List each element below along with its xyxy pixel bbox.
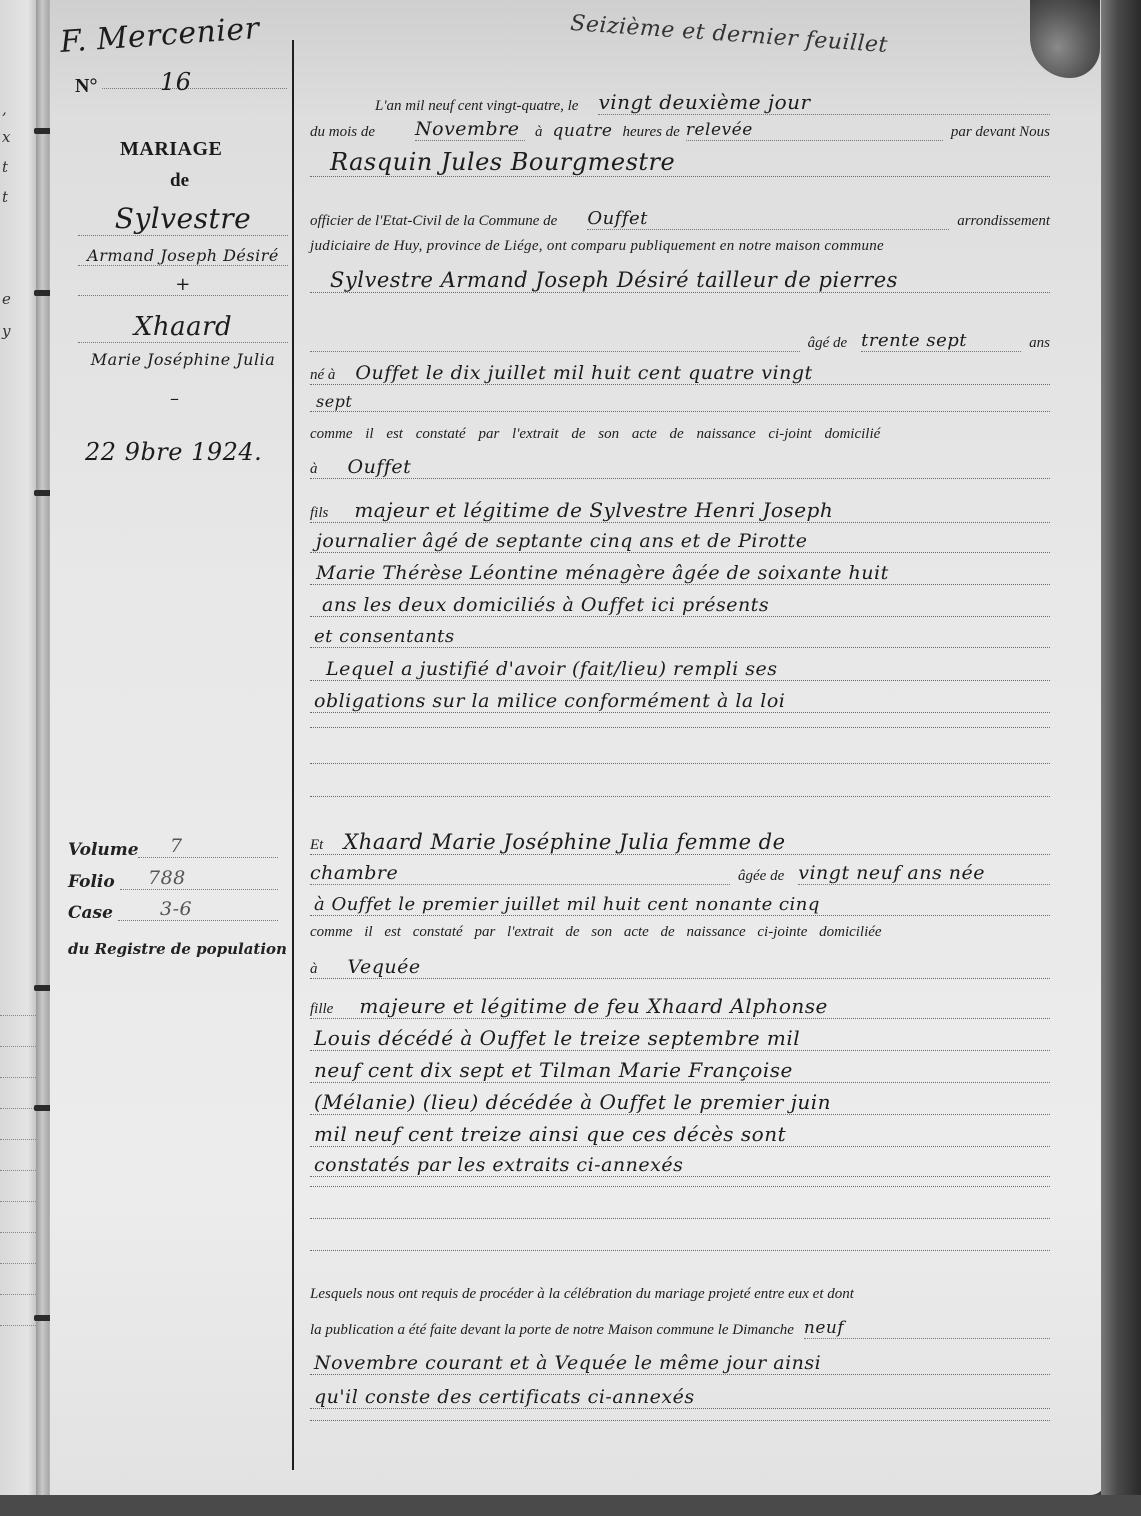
page-bottom-shadow bbox=[0, 1495, 1141, 1516]
publication-day-hw: neuf bbox=[804, 1318, 1050, 1339]
closing-print-2: la publication a été faite devant la por… bbox=[310, 1322, 794, 1339]
bride-age-hw: vingt neuf ans née bbox=[798, 862, 1050, 885]
bride-parents-hw: majeure et légitime de feu Xhaard Alphon… bbox=[359, 994, 828, 1018]
fils-line-1: fils majeur et légitime de Sylvestre Hen… bbox=[310, 498, 1050, 523]
bride-birth-hw: à Ouffet le premier juillet mil huit cen… bbox=[314, 894, 820, 915]
act-line-5: judiciaire de Huy, province de Liége, on… bbox=[310, 238, 1050, 255]
prev-page-fragment: t bbox=[2, 158, 8, 176]
bride-parents-hw: mil neuf cent treize ainsi que ces décès… bbox=[314, 1122, 786, 1146]
case-label: Case bbox=[68, 903, 113, 923]
volume-line bbox=[138, 857, 278, 858]
act-line-3: Rasquin Jules Bourgmestre bbox=[310, 148, 1050, 177]
bride-age-line: chambre âgée de vingt neuf ans née bbox=[310, 862, 1050, 885]
bride-line-1: Et Xhaard Marie Joséphine Julia femme de bbox=[310, 830, 1050, 855]
commune-label: officier de l'Etat-Civil de la Commune d… bbox=[310, 213, 557, 230]
bride-constat-print: comme il est constaté par l'extrait de s… bbox=[310, 924, 882, 941]
blank-line bbox=[310, 1250, 1050, 1251]
act-month-hw: Novembre bbox=[415, 118, 525, 141]
closing-line-2: la publication a été faite devant la por… bbox=[310, 1318, 1050, 1339]
closing-print-1: Lesquels nous ont requis de procéder à l… bbox=[310, 1286, 854, 1303]
fils-line-4: ans les deux domiciliés à Ouffet ici pré… bbox=[310, 594, 1050, 617]
groom-constat-print: comme il est constaté par l'extrait de s… bbox=[310, 426, 880, 443]
margin-title: MARIAGE bbox=[120, 138, 222, 161]
groom-surname: Sylvestre bbox=[78, 202, 288, 236]
parents-hw: Marie Thérèse Léontine ménagère âgée de … bbox=[316, 562, 889, 584]
years-label: ans bbox=[1029, 335, 1050, 352]
publication-hw: Novembre courant et à Vequée le même jou… bbox=[314, 1352, 821, 1374]
page-stack-edge bbox=[1101, 0, 1141, 1516]
fils-line-5: et consentants bbox=[310, 626, 1050, 648]
groom-constat-line: comme il est constaté par l'extrait de s… bbox=[310, 426, 1050, 443]
domicile-label: à bbox=[310, 461, 318, 478]
parents-hw: ans les deux domiciliés à Ouffet ici pré… bbox=[322, 594, 769, 616]
groom-age-hw: trente sept bbox=[861, 330, 1021, 352]
groom-age-line: âgé de trente sept ans bbox=[310, 330, 1050, 352]
population-register-label: du Registre de population bbox=[68, 940, 287, 958]
militia-hw: obligations sur la milice conformément à… bbox=[314, 690, 785, 712]
closing-line-3: Novembre courant et à Vequée le même jou… bbox=[310, 1352, 1050, 1375]
militia-hw: Lequel a justifié d'avoir (fait/lieu) re… bbox=[326, 658, 777, 680]
act-line-4: officier de l'Etat-Civil de la Commune d… bbox=[310, 208, 1050, 230]
fille-line-1: fille majeure et légitime de feu Xhaard … bbox=[310, 994, 1050, 1019]
act-hour-hw: quatre bbox=[553, 121, 613, 141]
fils-line-3: Marie Thérèse Léontine ménagère âgée de … bbox=[310, 562, 1050, 585]
born-label: né à bbox=[310, 367, 335, 384]
commune-hw: Ouffet bbox=[587, 208, 949, 230]
fils-line-6: Lequel a justifié d'avoir (fait/lieu) re… bbox=[310, 658, 1050, 681]
closing-line-1: Lesquels nous ont requis de procéder à l… bbox=[310, 1286, 1050, 1303]
column-divider bbox=[292, 40, 294, 1470]
groom-birth-hw: Ouffet le dix juillet mil huit cent quat… bbox=[355, 362, 812, 384]
bride-age-label: âgée de bbox=[738, 868, 784, 885]
parents-hw: majeur et légitime de Sylvestre Henri Jo… bbox=[354, 498, 833, 522]
et-label: Et bbox=[310, 837, 323, 854]
blank-line bbox=[310, 796, 1050, 797]
arrondissement-label: arrondissement bbox=[957, 213, 1050, 230]
bride-given-names: Marie Joséphine Julia bbox=[78, 350, 288, 369]
publication-hw: qu'il conste des certificats ci-annexés bbox=[314, 1386, 695, 1408]
blank-line bbox=[310, 1420, 1050, 1421]
groom-age-label: âgé de bbox=[808, 335, 848, 352]
groom-line: Sylvestre Armand Joseph Désiré tailleur … bbox=[310, 268, 1050, 293]
act-date: 22 9bre 1924. bbox=[85, 438, 262, 466]
prev-page-fragment: t bbox=[2, 188, 8, 206]
fille-line-2: Louis décédé à Ouffet le treize septembr… bbox=[310, 1026, 1050, 1051]
volume-label: Volume bbox=[68, 840, 139, 860]
case-line bbox=[118, 920, 278, 921]
fils-line-2: journalier âgé de septante cinq ans et d… bbox=[310, 530, 1050, 553]
act-number-line bbox=[102, 88, 287, 89]
fille-label: fille bbox=[310, 1001, 333, 1018]
groom-given-names: Armand Joseph Désiré bbox=[78, 246, 288, 266]
fille-line-6: constatés par les extraits ci-annexés bbox=[310, 1154, 1050, 1177]
groom-full-name-hw: Sylvestre Armand Joseph Désiré tailleur … bbox=[330, 268, 898, 292]
blank-line bbox=[310, 1218, 1050, 1219]
bride-occupation-hw: chambre bbox=[310, 862, 730, 885]
blank-line bbox=[310, 727, 1050, 728]
bride-constat-line: comme il est constaté par l'extrait de s… bbox=[310, 924, 1050, 941]
act-line-1: L'an mil neuf cent vingt-quatre, le ving… bbox=[310, 90, 1050, 115]
prev-page-fragment: x bbox=[2, 128, 10, 146]
previous-page-edge: , x t t e y bbox=[0, 0, 40, 1500]
bride-name-hw: Xhaard Marie Joséphine Julia femme de bbox=[343, 830, 785, 854]
groom-domicile-hw: Ouffet bbox=[348, 456, 412, 478]
month-label: du mois de bbox=[310, 124, 375, 141]
parents-hw: journalier âgé de septante cinq ans et d… bbox=[316, 530, 808, 552]
fils-line-7: obligations sur la milice conformément à… bbox=[310, 690, 1050, 713]
fille-line-4: (Mélanie) (lieu) décédée à Ouffet le pre… bbox=[310, 1090, 1050, 1115]
act-period-hw: relevée bbox=[686, 120, 943, 141]
jurisdiction-print: judiciaire de Huy, province de Liége, on… bbox=[310, 238, 884, 255]
margin-de: de bbox=[170, 170, 189, 192]
bride-birth-line: à Ouffet le premier juillet mil huit cen… bbox=[310, 894, 1050, 916]
blank-line bbox=[310, 763, 1050, 764]
prev-page-fragment: e bbox=[2, 290, 11, 308]
act-number-label: N° bbox=[75, 75, 97, 98]
act-day-hw: vingt deuxième jour bbox=[598, 90, 1050, 115]
bride-domicile-line: à Vequée bbox=[310, 956, 1050, 979]
fils-label: fils bbox=[310, 505, 328, 522]
act-number-value: 16 bbox=[160, 68, 192, 96]
hours-label: heures de bbox=[623, 124, 680, 141]
bride-parents-hw: Louis décédé à Ouffet le treize septembr… bbox=[314, 1026, 800, 1050]
closing-line-4: qu'il conste des certificats ci-annexés bbox=[310, 1386, 1050, 1409]
parents-hw: et consentants bbox=[314, 626, 455, 647]
before-us-label: par devant Nous bbox=[951, 124, 1050, 141]
act-intro-print: L'an mil neuf cent vingt-quatre, le bbox=[375, 98, 578, 115]
bride-surname: Xhaard bbox=[78, 312, 288, 343]
groom-birth-line: né à Ouffet le dix juillet mil huit cent… bbox=[310, 362, 1050, 385]
folio-line bbox=[120, 889, 278, 890]
fille-line-3: neuf cent dix sept et Tilman Marie Franç… bbox=[310, 1058, 1050, 1083]
folio-value: 788 bbox=[148, 867, 186, 889]
bride-domicile-label: à bbox=[310, 961, 318, 978]
margin-dash: – bbox=[170, 388, 180, 409]
bride-parents-hw: constatés par les extraits ci-annexés bbox=[314, 1154, 683, 1176]
act-line-2: du mois de Novembre à quatre heures de r… bbox=[310, 118, 1050, 141]
bride-parents-hw: neuf cent dix sept et Tilman Marie Franç… bbox=[314, 1058, 793, 1082]
case-value: 3-6 bbox=[160, 898, 192, 920]
margin-conjunction: + bbox=[78, 274, 288, 296]
officer-name-hw: Rasquin Jules Bourgmestre bbox=[330, 148, 675, 176]
bride-parents-hw: (Mélanie) (lieu) décédée à Ouffet le pre… bbox=[314, 1090, 831, 1114]
bride-domicile-hw: Vequée bbox=[348, 956, 421, 978]
groom-birth-line-2: sept bbox=[310, 392, 1050, 412]
prev-page-fragment: , bbox=[2, 100, 7, 118]
folio-label: Folio bbox=[68, 872, 115, 892]
prev-page-fragment: y bbox=[2, 322, 10, 340]
groom-domicile-line: à Ouffet bbox=[310, 456, 1050, 479]
fille-line-5: mil neuf cent treize ainsi que ces décès… bbox=[310, 1122, 1050, 1147]
blank-line bbox=[310, 1186, 1050, 1187]
volume-value: 7 bbox=[170, 835, 183, 857]
hour-prefix: à bbox=[535, 124, 543, 141]
groom-birth-hw-2: sept bbox=[316, 392, 352, 411]
